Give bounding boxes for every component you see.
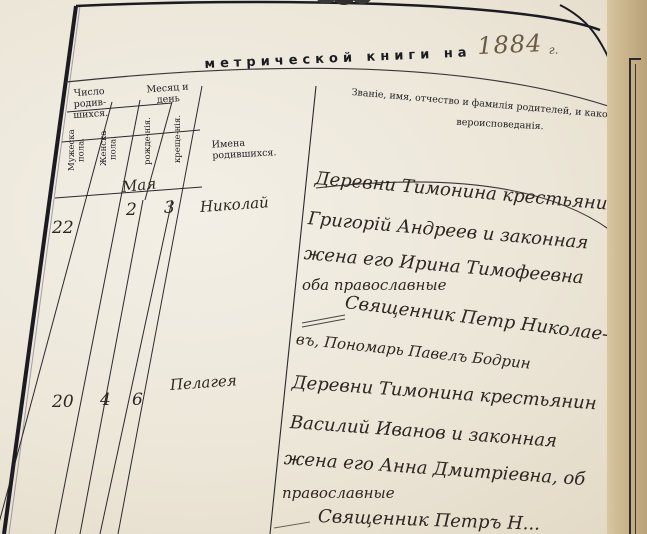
page-title: метрической книги на 1884 г.	[203, 19, 584, 72]
entry1-male-count: 22	[52, 218, 74, 238]
title-year: 1884	[477, 29, 543, 60]
entry1-name: Николай	[199, 193, 269, 216]
entry1-month: Мая	[121, 174, 157, 195]
header-baptism: креще-нія.	[174, 114, 196, 164]
entry1-parents-line4: оба православные	[302, 276, 446, 294]
entry1-baptism-day: 3	[164, 198, 175, 218]
entry1-clergy-line2: въ, Пономарь Павелъ Бодрин	[295, 330, 531, 373]
emblem-icon	[314, 0, 374, 10]
entry1-parents-line1: Деревни Тимонина крестьянин	[314, 168, 620, 216]
entry1-clergy-line1: Священник Петр Николае-	[344, 292, 610, 345]
entry2-female-count: 20	[52, 392, 74, 412]
header-born-male: Мужеска пола.	[68, 120, 92, 180]
document-photo: метрической книги на 1884 г. Число родив…	[0, 0, 647, 534]
header-born-count: Число родив-шихся.	[65, 86, 115, 122]
entry2-name: Пелагея	[169, 371, 237, 394]
header-born-female: Женска пола.	[100, 118, 124, 178]
entry2-parents-line1: Деревни Тимонина крестьянин	[291, 372, 597, 414]
header-parents-line2: вероисповеданія.	[440, 117, 560, 134]
entry2-parents-line2: Василий Иванов и законная	[289, 412, 557, 452]
header-names-born: Имена родившихся.	[211, 135, 312, 162]
book-gutter	[607, 0, 647, 534]
next-page-border	[629, 58, 641, 534]
entry2-parents-line4: православные	[282, 484, 395, 502]
entry2-baptism-day: 6	[132, 390, 143, 410]
entry2-clergy-line1: Священник Петръ Н...	[318, 506, 541, 534]
title-printed: метрической книги на	[204, 45, 472, 72]
header-month-day: Месяц и день	[141, 82, 194, 107]
entry2-birth-day: 4	[100, 390, 111, 410]
title-year-suffix: г.	[548, 43, 558, 57]
entry1-birth-day: 2	[126, 200, 137, 220]
next-page-inner-border	[635, 64, 642, 534]
header-parents: Званіе, имя, отчество и фамилія родителе…	[351, 88, 621, 122]
header-birth: рожде-нія.	[144, 116, 166, 166]
